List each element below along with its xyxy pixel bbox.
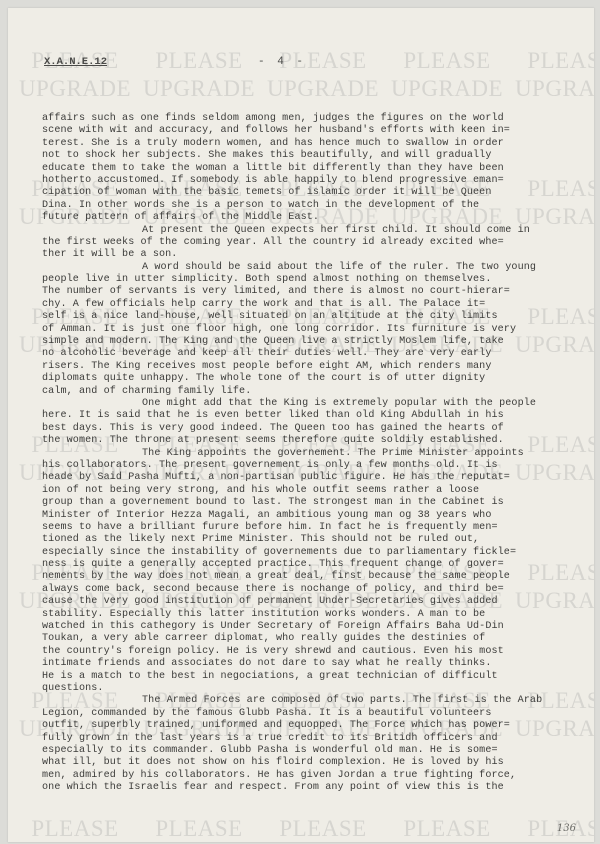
watermark-word: PLEASE <box>509 816 594 842</box>
text-line: best days. This is very good indeed. The… <box>42 423 582 435</box>
text-line: The Armed Forces are composed of two par… <box>42 695 582 707</box>
watermark-word: UPGRADE <box>261 76 385 102</box>
text-line: one which the Israelis fear and respect.… <box>42 782 582 794</box>
reference-code: X.A.N.E.12 <box>44 56 107 68</box>
text-line: group than a governement bound to last. … <box>42 497 582 509</box>
document-body: affairs such as one finds seldom among m… <box>42 113 582 794</box>
text-line: heade by Said Pasha Mufti, a non-partisa… <box>42 472 582 484</box>
text-line: cipation of woman with the basic temets … <box>42 187 582 199</box>
text-line: ion of not being very strong, and his wh… <box>42 485 582 497</box>
watermark-word: UPGRADE <box>509 76 594 102</box>
text-line: people live in utter simplicity. Both sp… <box>42 274 582 286</box>
text-line: Toukan, a very able carreer diplomat, wh… <box>42 633 582 645</box>
watermark-word: PLEASE <box>13 816 137 842</box>
text-line: One might add that the King is extremely… <box>42 398 582 410</box>
text-line: diplomats quite unhappy. The whole tone … <box>42 373 582 385</box>
archive-handwritten-mark: 136 <box>557 823 576 834</box>
text-line: ness is quite a generally accepted pract… <box>42 559 582 571</box>
text-line: always come back, second because there i… <box>42 584 582 596</box>
text-line: watched in this cathegory is Under Secre… <box>42 621 582 633</box>
page-header: X.A.N.E.12 - 4 - <box>8 56 594 76</box>
text-line: the country's foreign policy. He is very… <box>42 646 582 658</box>
text-line: stability. Especially this latter instit… <box>42 609 582 621</box>
text-line: no alcoholic beverage and keep all their… <box>42 348 582 360</box>
text-line: educate them to take the woman a little … <box>42 163 582 175</box>
text-line: his collaborators. The present governeme… <box>42 460 582 472</box>
watermark-row: PLEASEPLEASEPLEASEPLEASEPLEASE <box>13 816 594 842</box>
text-line: hotherto accustomed. If somebody is able… <box>42 175 582 187</box>
text-line: ther it will be a son. <box>42 249 582 261</box>
text-line: especially since the instability of gove… <box>42 547 582 559</box>
text-line: scene with wit and accuracy, and follows… <box>42 125 582 137</box>
text-line: outfit, superbly trained, uniformed and … <box>42 720 582 732</box>
watermark-word: PLEASE <box>137 816 261 842</box>
text-line: future pattern of affairs of the Middle … <box>42 212 582 224</box>
text-line: intimate friends and associates do not d… <box>42 658 582 670</box>
text-line: risers. The King receives most people be… <box>42 361 582 373</box>
text-line: men, admired by his collaborators. He ha… <box>42 770 582 782</box>
document-page: PLEASEPLEASEPLEASEPLEASEPLEASEUPGRADEUPG… <box>8 8 594 842</box>
text-line: the first weeks of the coming year. All … <box>42 237 582 249</box>
text-line: tioned as the likely next Prime Minister… <box>42 534 582 546</box>
text-line: fully grown in the last years is a true … <box>42 733 582 745</box>
text-line: He is a match to the best in negociation… <box>42 671 582 683</box>
text-line: At present the Queen expects her first c… <box>42 225 582 237</box>
page-number: - 4 - <box>258 56 306 68</box>
text-line: terest. She is a truly modern women, and… <box>42 138 582 150</box>
text-line: simple and modern. The King and the Quee… <box>42 336 582 348</box>
text-line: cause the very good institution of perma… <box>42 596 582 608</box>
watermark-word: UPGRADE <box>385 76 509 102</box>
text-line: calm, and of charming family life. <box>42 386 582 398</box>
watermark-word: UPGRADE <box>137 76 261 102</box>
text-line: nements by the way does not mean a great… <box>42 571 582 583</box>
text-line: The King appoints the governement. The P… <box>42 448 582 460</box>
text-line: affairs such as one finds seldom among m… <box>42 113 582 125</box>
text-line: Dina. In other words she is a person to … <box>42 200 582 212</box>
text-line: chy. A few officials help carry the work… <box>42 299 582 311</box>
text-line: especially to its commander. Glubb Pasha… <box>42 745 582 757</box>
text-line: of Amman. It is just one floor high, one… <box>42 324 582 336</box>
watermark-word: UPGRADE <box>13 76 137 102</box>
text-line: questions. <box>42 683 582 695</box>
text-line: A word should be said about the life of … <box>42 262 582 274</box>
text-line: not to shock her subjects. She makes thi… <box>42 150 582 162</box>
watermark-word: PLEASE <box>261 816 385 842</box>
text-line: Minister of Interior Hezza Magali, an am… <box>42 510 582 522</box>
text-line: seems to have a brilliant furure before … <box>42 522 582 534</box>
text-line: what ill, but it does not show on his fl… <box>42 757 582 769</box>
text-line: self is a nice land-house, well situated… <box>42 311 582 323</box>
watermark-row: UPGRADEUPGRADEUPGRADEUPGRADEUPGRADE <box>13 76 594 102</box>
text-line: Legion, commanded by the famous Glubb Pa… <box>42 708 582 720</box>
text-line: The number of servants is very limited, … <box>42 286 582 298</box>
watermark-word: PLEASE <box>385 816 509 842</box>
text-line: here. It is said that he is even better … <box>42 410 582 422</box>
text-line: the women. The throne at present seems t… <box>42 435 582 447</box>
